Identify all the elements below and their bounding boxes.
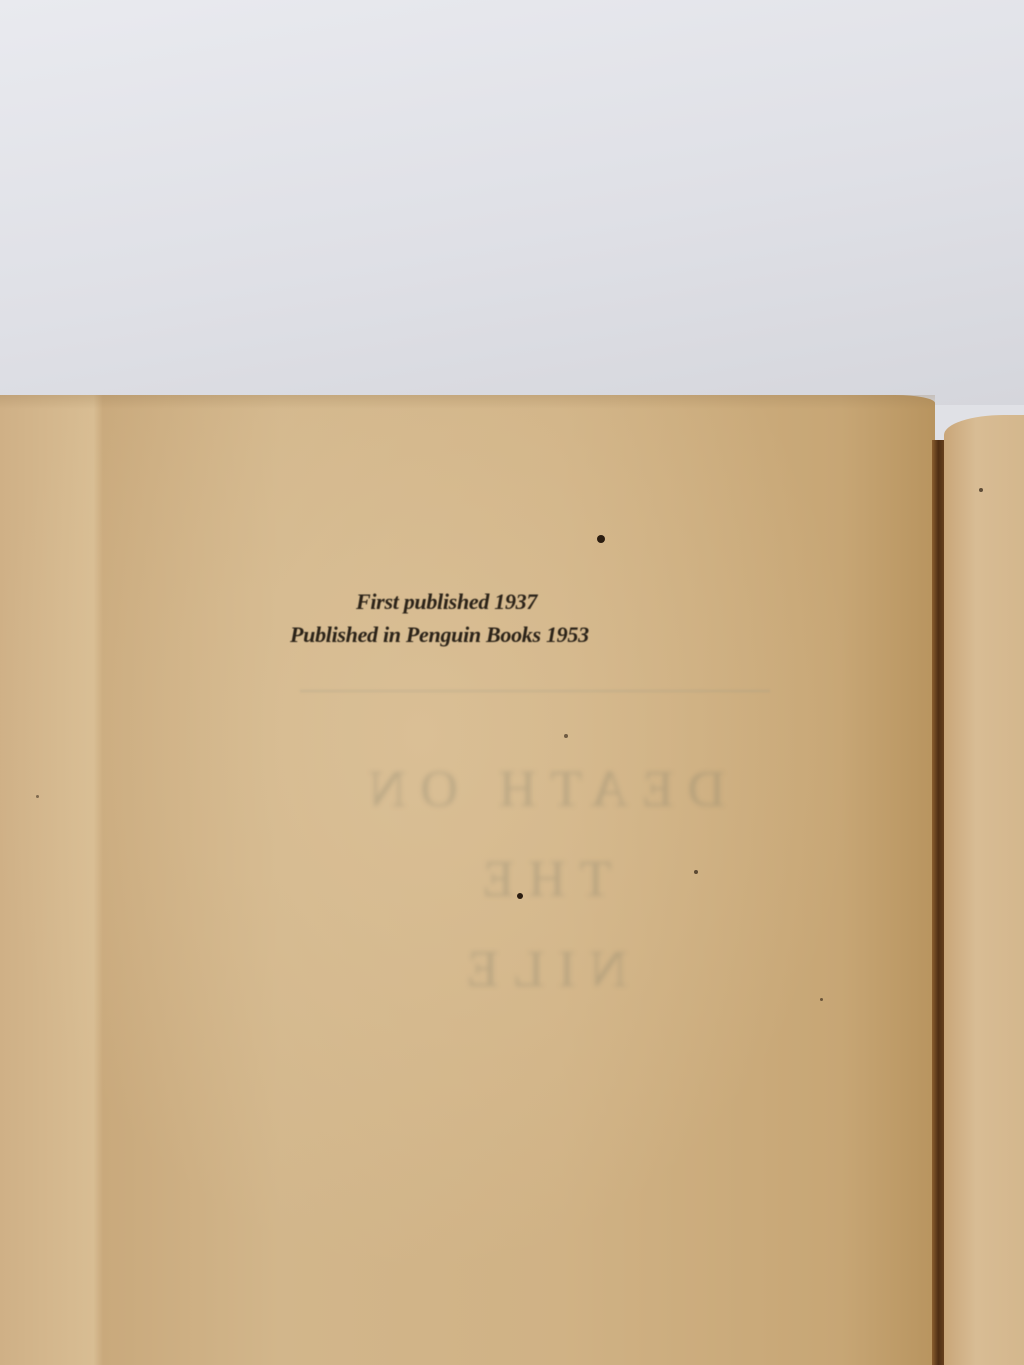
show-through-line-1: DEATH ON THE	[280, 745, 800, 925]
show-through-line-2: NILE	[280, 925, 800, 1015]
ink-speck	[979, 488, 983, 492]
ink-speck	[694, 870, 698, 874]
show-through-title: DEATH ON THE NILE	[280, 745, 800, 1015]
ink-speck	[36, 795, 39, 798]
ink-speck	[517, 893, 523, 899]
background-surface	[0, 0, 1024, 405]
ink-speck	[597, 535, 605, 543]
first-published-line: First published 1937	[270, 585, 740, 618]
right-page-edge	[944, 415, 1024, 1365]
penguin-published-line: Published in Penguin Books 1953	[270, 618, 740, 651]
publication-imprint: First published 1937 Published in Pengui…	[270, 585, 740, 651]
show-through-rule	[300, 690, 770, 692]
ink-speck	[820, 998, 823, 1001]
ink-speck	[564, 734, 568, 738]
